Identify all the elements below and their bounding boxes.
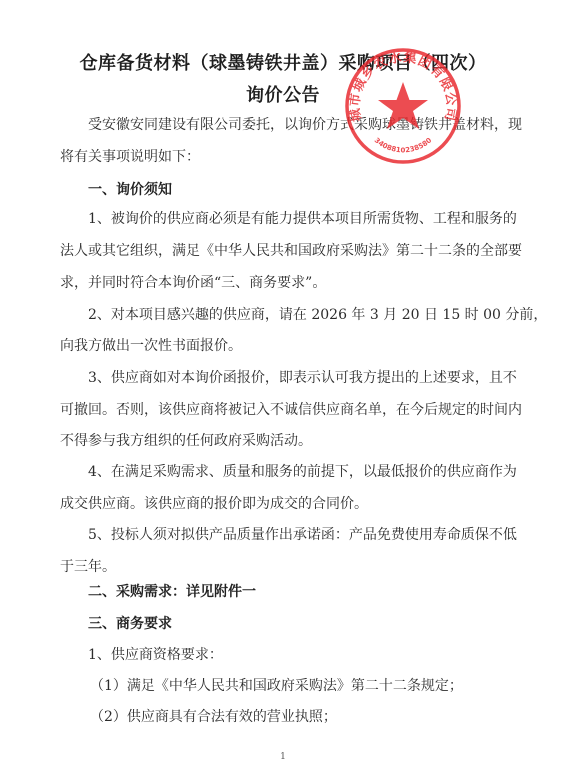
item-5-line-1: 5、投标人须对拟供产品质量作出承诺函：产品免费使用寿命质保不低 (88, 526, 517, 544)
intro-line-1: 受安徽安同建设有限公司委托，以询价方式采购球墨铸铁井盖材料，现 (88, 116, 522, 134)
item-2-line-1: 2、对本项目感兴趣的供应商，请在 2026 年 3 月 20 日 15 时 00… (88, 306, 547, 324)
page-number: 1 (0, 752, 566, 762)
item-1-line-3: 求，并同时符合本询价函“三、商务要求”。 (60, 274, 326, 292)
item-3-line-3: 不得参与我方组织的任何政府采购活动。 (60, 432, 312, 450)
seal-number: 3408810238580 (373, 136, 434, 154)
item-3-line-2: 可撤回。否则，该供应商将被记入不诚信供应商名单，在今后规定的时间内 (60, 401, 522, 419)
item-5-line-2: 于三年。 (60, 558, 116, 576)
requirement-1: （1）满足《中华人民共和国政府采购法》第二十二条规定； (90, 677, 463, 695)
requirement-2: （2）供应商具有合法有效的营业执照； (90, 708, 337, 726)
item-1-line-2: 法人或其它组织，满足《中华人民共和国政府采购法》第二十二条的全部要 (60, 242, 522, 260)
item-4-line-1: 4、在满足采购需求、质量和服务的前提下，以最低报价的供应商作为 (88, 463, 517, 481)
document-subtitle: 询价公告 (0, 81, 566, 107)
item-2-line-2: 向我方做出一次性书面报价。 (60, 337, 242, 355)
svg-text:3408810238580: 3408810238580 (373, 136, 434, 154)
item-3-line-1: 3、供应商如对本询价函报价，即表示认可我方提出的上述要求，且不 (88, 369, 517, 387)
document-title: 仓库备货材料（球墨铸铁井盖）采购项目（四次） (0, 49, 566, 75)
item-4-line-2: 成交供应商。该供应商的报价即为成交的合同价。 (60, 495, 368, 513)
document-page: 仓库备货材料（球墨铸铁井盖）采购项目（四次） 询价公告 受安徽安同建设有限公司委… (0, 0, 566, 765)
section-2-heading: 二、采购需求：详见附件一 (88, 583, 256, 601)
intro-line-2: 将有关事项说明如下： (60, 148, 200, 166)
item-1-line-1: 1、被询价的供应商必须是有能力提供本项目所需货物、工程和服务的 (88, 210, 517, 228)
section-3-heading: 三、商务要求 (88, 615, 172, 633)
section-1-heading: 一、询价须知 (88, 181, 172, 199)
section-3-sub-1: 1、供应商资格要求： (88, 646, 223, 664)
